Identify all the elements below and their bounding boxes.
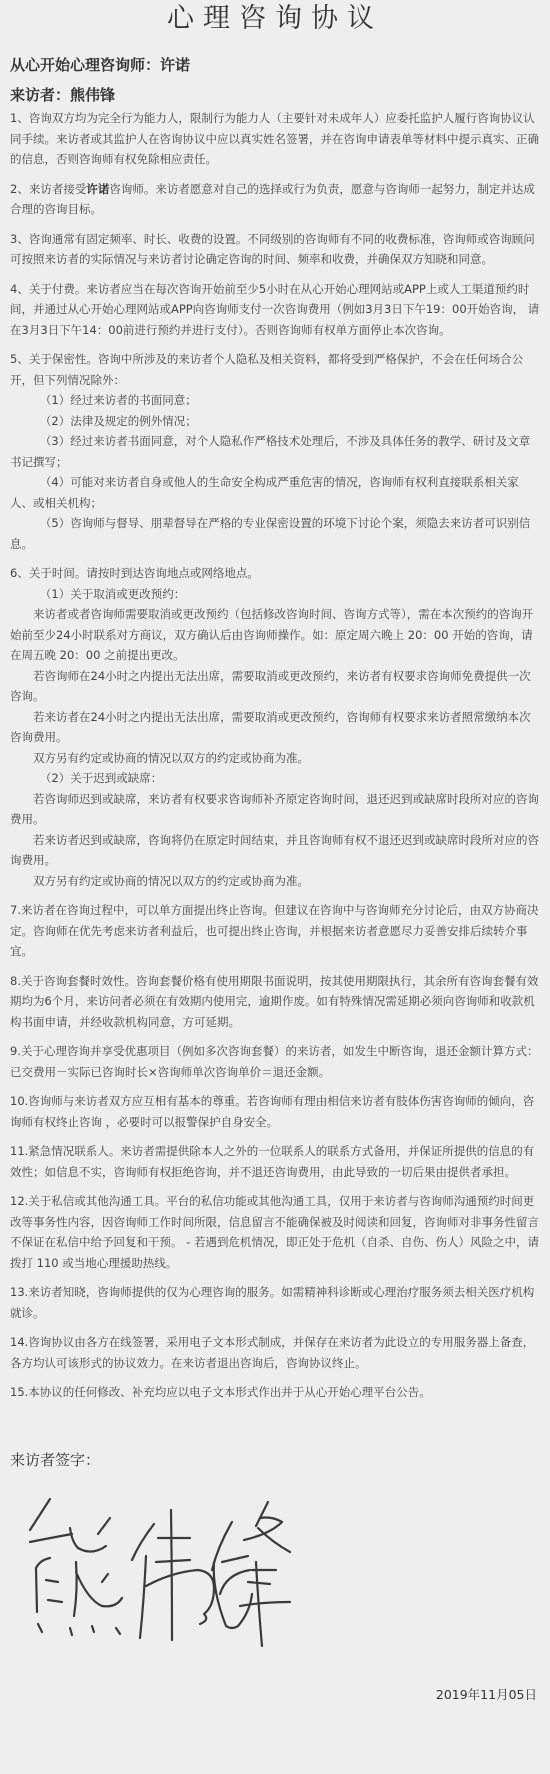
clause-6-sub1-line: 若来访者在24小时之内提出无法出席，需要取消或更改预约，咨询师有权要求来访者照常… [10, 707, 540, 748]
clause-6-sub1-line: 若咨询师在24小时之内提出无法出席，需要取消或更改预约，来访者有权要求咨询师免费… [10, 666, 540, 707]
page-title: 心理咨询协议 [0, 2, 550, 36]
clause-5-item: （3）经过来访者书面同意，对个人隐私作严格技术处理后，不涉及具体任务的教学、研讨… [10, 431, 540, 472]
clause-4: 4、关于付费。来访者应当在每次咨询开始前至少5小时在从心开始心理网站或APP上或… [10, 279, 540, 341]
clause-10: 10.咨询师与来访者双方应互相有基本的尊重。若咨询师有理由相信来访者有肢体伤害咨… [10, 1091, 540, 1132]
clause-6-sub2-line: 双方另有约定或协商的情况以双方的约定或协商为准。 [10, 871, 540, 892]
clause-5-item: （5）咨询师与督导、朋辈督导在严格的专业保密设置的环境下讨论个案，须隐去来访者可… [10, 513, 540, 554]
agreement-page: 心理咨询协议 从心开始心理咨询师：许诺 来访者：熊伟锋 1、咨询双方均为完全行为… [0, 0, 550, 1774]
sign-date: 2019年11月05日 [436, 1686, 537, 1704]
clause-6-sub1-title: （1）关于取消或更改预约： [10, 584, 540, 605]
clause-5-item: （2）法律及规定的例外情况； [10, 411, 540, 432]
counselor-name: 许诺 [86, 182, 109, 196]
clause-6: 6、关于时间。请按时到达咨询地点或网络地点。 [10, 563, 540, 584]
agreement-body: 1、咨询双方均为完全行为能力人，限制行为能力人（主要针对未成年人）应委托监护人履… [10, 108, 540, 1412]
clause-6-sub1-line: 双方另有约定或协商的情况以双方的约定或协商为准。 [10, 748, 540, 769]
clause-14: 14.咨询协议由各方在线签署，采用电子文本形式制成，并保存在来访者为此设立的专用… [10, 1332, 540, 1373]
clause-13: 13.来访者知晓，咨询师提供的仅为心理咨询的服务。如需精神科诊断或心理治疗服务须… [10, 1282, 540, 1323]
client-line: 来访者：熊伟锋 [10, 85, 115, 105]
clause-5: 5、关于保密性。咨询中所涉及的来访者个人隐私及相关资料，都将受到严格保护，不会在… [10, 349, 540, 390]
clause-6-sub1-line: 来访者或者咨询师需要取消或更改预约（包括修改咨询时间、咨询方式等），需在本次预约… [10, 604, 540, 666]
signature-label: 来访者签字： [10, 1450, 100, 1470]
clause-6-sub2-line: 若咨询师迟到或缺席，来访者有权要求咨询师补齐原定咨询时间，退还迟到或缺席时段所对… [10, 789, 540, 830]
clause-2-prefix: 2、来访者接受 [10, 182, 86, 196]
clause-5-item: （4）可能对来访者自身或他人的生命安全构成严重危害的情况，咨询师有权利直接联系相… [10, 472, 540, 513]
handwritten-signature [0, 1490, 400, 1680]
clause-8: 8.关于咨询套餐时效性。咨询套餐价格有使用期限书面说明，按其使用期限执行，其余所… [10, 971, 540, 1033]
clause-11: 11.紧急情况联系人。来访者需提供除本人之外的一位联系人的联系方式备用，并保证所… [10, 1141, 540, 1182]
clause-3: 3、咨询通常有固定频率、时长、收费的设置。不同级别的咨询师有不同的收费标准，咨询… [10, 229, 540, 270]
clause-12: 12.关于私信或其他沟通工具。平台的私信功能或其他沟通工具，仅用于来访者与咨询师… [10, 1191, 540, 1273]
clause-1: 1、咨询双方均为完全行为能力人，限制行为能力人（主要针对未成年人）应委托监护人履… [10, 108, 540, 170]
clause-7: 7.来访者在咨询过程中，可以单方面提出终止咨询。但建议在咨询中与咨询师充分讨论后… [10, 900, 540, 962]
counselor-line: 从心开始心理咨询师：许诺 [10, 55, 190, 75]
clause-15: 15.本协议的任何修改、补充均应以电子文本形式作出并于从心开始心理平台公告。 [10, 1382, 540, 1403]
clause-6-sub2-line: 若来访者迟到或缺席，咨询将仍在原定时间结束，并且咨询师有权不退还迟到或缺席时段所… [10, 830, 540, 871]
clause-5-item: （1）经过来访者的书面同意； [10, 390, 540, 411]
clause-6-sub2-title: （2）关于迟到或缺席： [10, 768, 540, 789]
clause-2: 2、来访者接受许诺咨询师。来访者愿意对自己的选择或行为负责，愿意与咨询师一起努力… [10, 179, 540, 220]
clause-9: 9.关于心理咨询并享受优惠项目（例如多次咨询套餐）的来访者，如发生中断咨询，退还… [10, 1041, 540, 1082]
